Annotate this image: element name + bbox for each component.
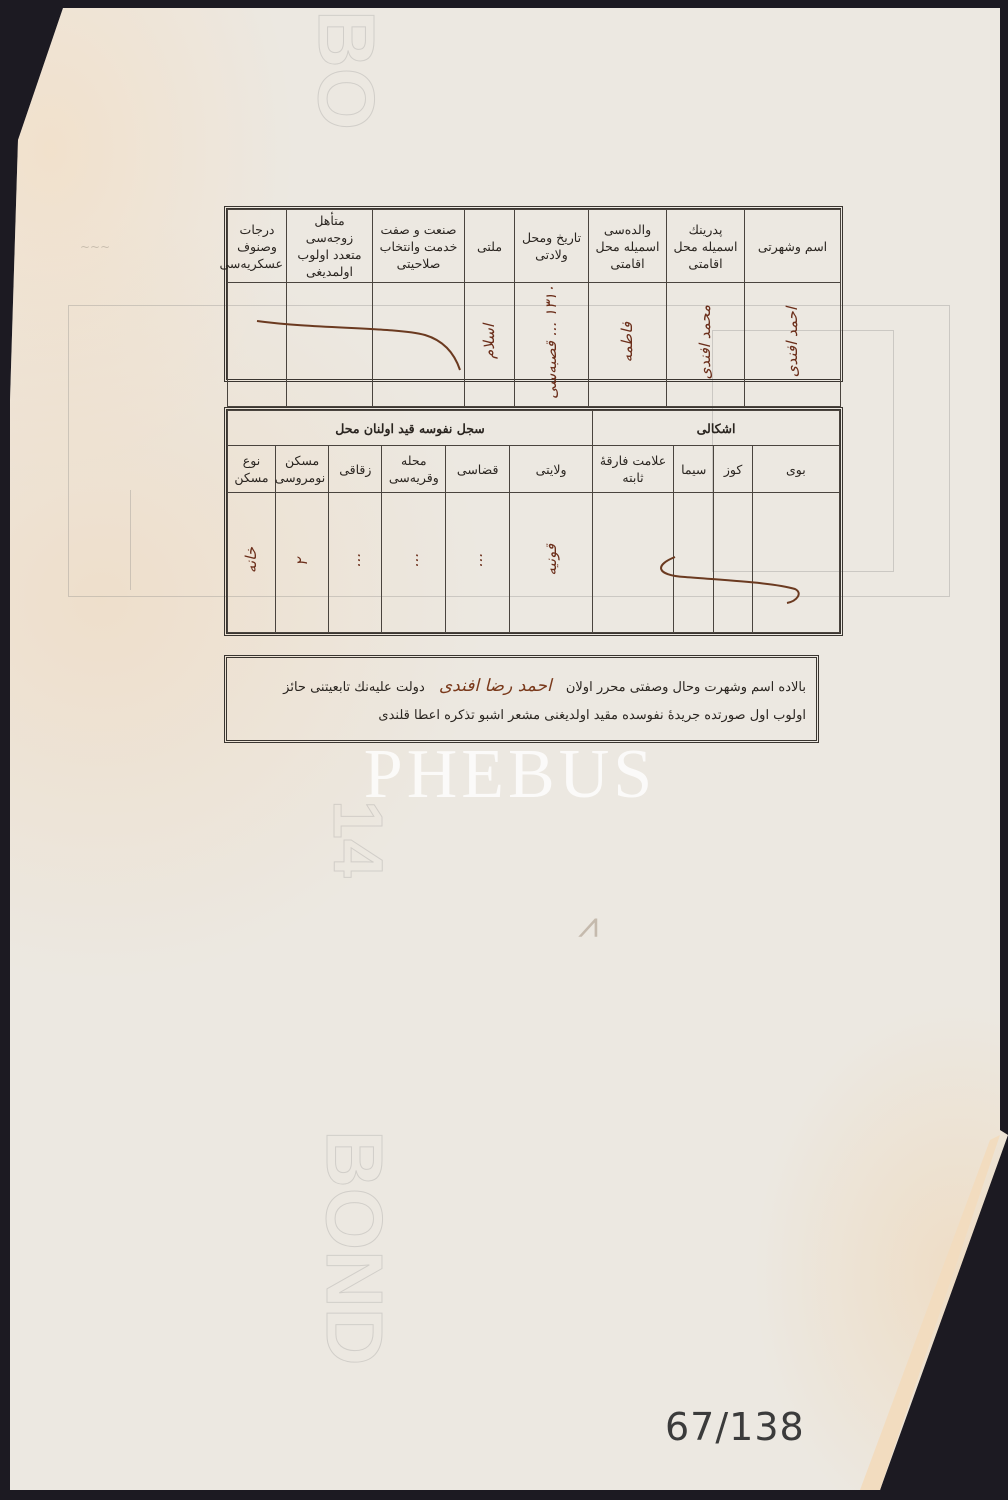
header-father: پدرینك اسمیله محل اقامتی xyxy=(667,210,745,283)
header-height: بوی xyxy=(752,446,839,493)
header-house-type: نوع مسکن xyxy=(228,446,276,493)
phebus-watermark: PHEBUS xyxy=(330,735,690,815)
catalog-number: 67/138 xyxy=(665,1405,805,1449)
header-street: زقاقی xyxy=(329,446,382,493)
dash-stroke-middle xyxy=(655,555,805,605)
value-house-number: ۲ xyxy=(276,493,329,633)
statement-text-before: بالاده اسم وشهرت وحال وصفتی محرر اولان xyxy=(566,680,806,695)
statement-line-2: اولوب اول صورتده جریدهٔ نفوسده مقید اولد… xyxy=(237,708,806,723)
statement-text-line2: اولوب اول صورتده جریدهٔ نفوسده مقید اولد… xyxy=(378,708,806,723)
statement-box: بالاده اسم وشهرت وحال وصفتی محرر اولان ا… xyxy=(224,655,819,743)
pencil-scribble: ⩘ xyxy=(578,905,598,947)
show-through-text: ~~~ xyxy=(80,240,110,254)
group-header-registry: سجل نفوسه قید اولنان محل xyxy=(228,411,593,446)
value-province: قونیه xyxy=(510,493,593,633)
value-street: ... xyxy=(329,493,382,633)
dash-stroke-top xyxy=(255,315,465,375)
value-district: ... xyxy=(446,493,510,633)
handwritten-holder-name: احمد رضا افندی xyxy=(429,676,562,696)
statement-text-after: دولت علیه‌نك تابعیتنی حائز xyxy=(283,680,425,695)
paper-watermark-top: BO xyxy=(300,10,392,130)
value-birth: ۱۳۱۰ ... قصبه‌سی xyxy=(515,283,589,407)
header-district: قضاسی xyxy=(446,446,510,493)
header-quarter: محله وقریه‌سی xyxy=(382,446,446,493)
value-father: محمد افندی xyxy=(667,283,745,407)
value-name: احمد افندی xyxy=(745,283,841,407)
header-birth: تاریخ ومحل ولادتی xyxy=(515,210,589,283)
header-eye: کوز xyxy=(714,446,752,493)
value-nation: اسلام xyxy=(465,283,515,407)
header-marital: متأهل زوجه‌سی متعدد اولوب اولمدیغی xyxy=(287,210,373,283)
show-through-divider xyxy=(130,490,131,590)
value-house-type: خانه xyxy=(228,493,276,633)
header-nation: ملتی xyxy=(465,210,515,283)
header-military: درجات وصنوف عسکریه‌سی xyxy=(228,210,287,283)
header-name: اسم وشهرتی xyxy=(745,210,841,283)
header-face: سیما xyxy=(673,446,713,493)
group-header-appearance: اشکالی xyxy=(593,411,840,446)
statement-line-1: بالاده اسم وشهرت وحال وصفتی محرر اولان ا… xyxy=(237,676,806,696)
value-quarter: ... xyxy=(382,493,446,633)
value-mother: فاطمه xyxy=(589,283,667,407)
header-occupation: صنعت و صفت خدمت وانتخاب صلاحیتی xyxy=(373,210,465,283)
paper-watermark-bottom: BOND xyxy=(308,1130,400,1366)
header-marks: علامت فارقهٔ ثابته xyxy=(593,446,674,493)
header-house-number: مسکن نومروسی xyxy=(276,446,329,493)
header-mother: والده‌سی اسمیله محل اقامتی xyxy=(589,210,667,283)
header-province: ولایتی xyxy=(510,446,593,493)
